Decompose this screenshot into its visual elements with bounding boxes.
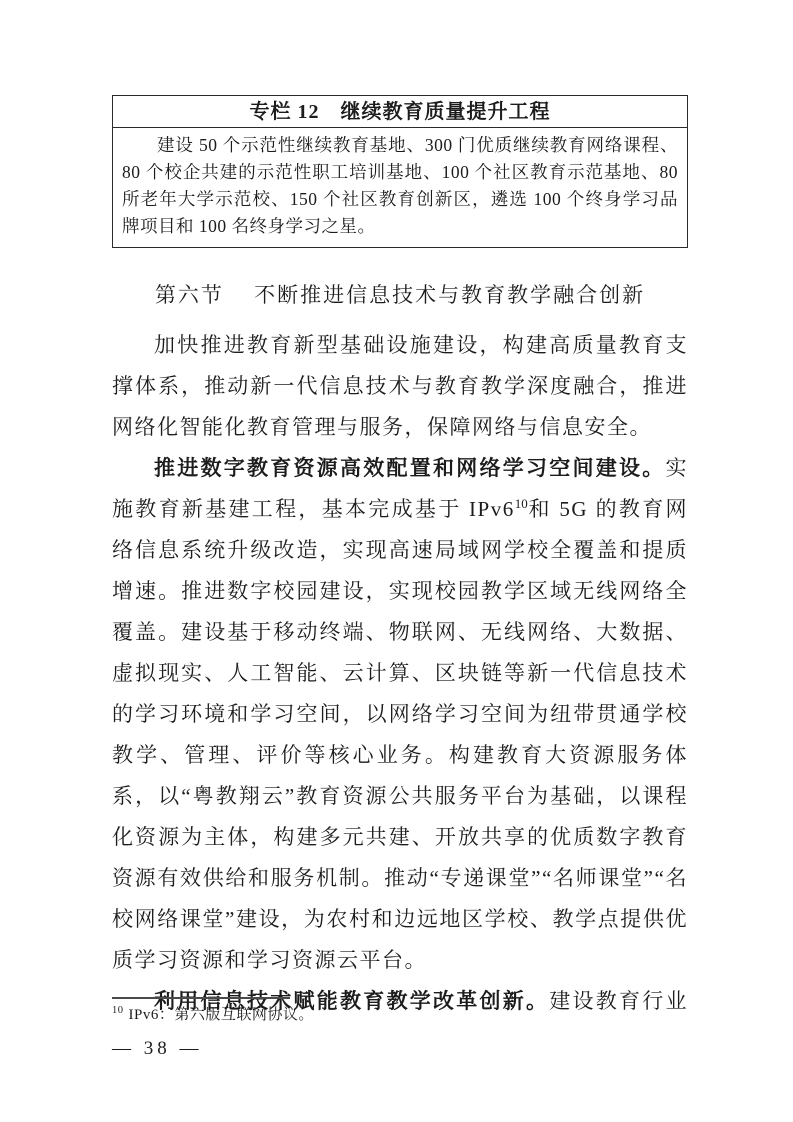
paragraph-2: 推进数字教育资源高效配置和网络学习空间建设。实施教育新基建工程，基本完成基于 I… [112,448,688,981]
paragraph-1-text: 加快推进教育新型基础设施建设，构建高质量教育支撑体系，推动新一代信息技术与教育教… [112,333,688,439]
footnote-reference: 10 [515,496,528,511]
paragraph-2-lead: 推进数字教育资源高效配置和网络学习空间建设。 [154,456,666,480]
footnote-content: IPv6：第六版互联网协议。 [129,1007,314,1023]
callout-box-body: 建设 50 个示范性继续教育基地、300 门优质继续教育网络课程、80 个校企共… [113,128,687,247]
footnote-marker: 10 [112,1005,124,1016]
callout-box-title: 专栏 12 继续教育质量提升工程 [113,96,687,128]
section-heading: 第六节 不断推进信息技术与教育教学融合创新 [112,281,688,309]
footnote-separator-rule [112,997,290,999]
paragraph-1: 加快推进教育新型基础设施建设，构建高质量教育支撑体系，推动新一代信息技术与教育教… [112,325,688,448]
body-text: 加快推进教育新型基础设施建设，构建高质量教育支撑体系，推动新一代信息技术与教育教… [112,325,688,1022]
callout-box-project-12: 专栏 12 继续教育质量提升工程 建设 50 个示范性继续教育基地、300 门优… [112,95,688,248]
page-number: — 38 — [112,1038,203,1060]
paragraph-2-body-2: 和 5G 的教育网络信息系统升级改造，实现高速局域网学校全覆盖和提质增速。推进数… [112,497,688,972]
footnote-text: 10IPv6：第六版互联网协议。 [112,1005,688,1025]
document-page: 专栏 12 继续教育质量提升工程 建设 50 个示范性继续教育基地、300 门优… [0,0,793,1122]
content-column: 专栏 12 继续教育质量提升工程 建设 50 个示范性继续教育基地、300 门优… [112,95,688,1022]
footnote-block: 10IPv6：第六版互联网协议。 [112,997,688,1025]
